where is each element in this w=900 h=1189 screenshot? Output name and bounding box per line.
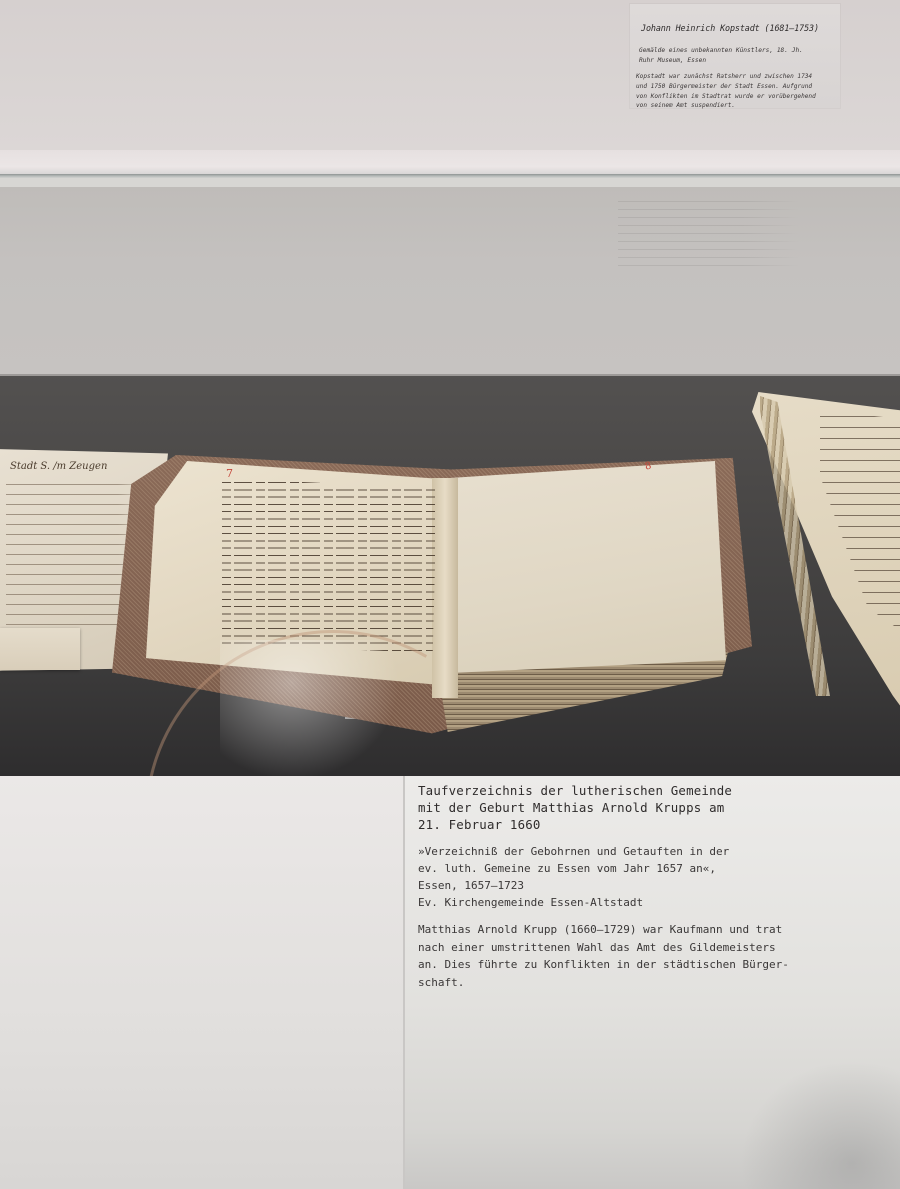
left-manuscript-folded-corner: [0, 628, 80, 670]
label-panel-shadow: [740, 1060, 900, 1189]
exhibit-label-source: »Verzeichniß der Gebohrnen und Getauften…: [418, 843, 888, 911]
portrait-label-description: Kopstadt war zunächst Ratsherr und zwisc…: [636, 72, 840, 111]
portrait-label-meta: Gemälde eines unbekannten Künstlers, 18.…: [639, 46, 803, 65]
portrait-label-card: Johann Heinrich Kopstadt (1681–1753) Gem…: [630, 4, 840, 108]
glass-glare: [220, 640, 400, 780]
reflected-label-ghost: [618, 196, 798, 266]
exhibit-label-title: Taufverzeichnis der lutherischen Gemeind…: [418, 782, 888, 833]
left-manuscript-heading: Stadt S. /m Zeugen: [10, 461, 107, 472]
label-panel-divider: [403, 776, 405, 1189]
exhibit-label: Taufverzeichnis der lutherischen Gemeind…: [418, 782, 888, 991]
vitrine-frame-lip: [0, 178, 900, 187]
label-panel-left: [0, 776, 404, 1189]
exhibit-label-description: Matthias Arnold Krupp (1660–1729) war Ka…: [418, 921, 888, 991]
vitrine-frame-top: [0, 150, 900, 174]
baptism-register-entries: [222, 478, 437, 653]
portrait-label-title: Johann Heinrich Kopstadt (1681–1753): [641, 23, 819, 33]
page-number-left: 7: [226, 467, 233, 480]
book-right-page: [450, 461, 726, 673]
display-floor-edge: [0, 374, 900, 376]
